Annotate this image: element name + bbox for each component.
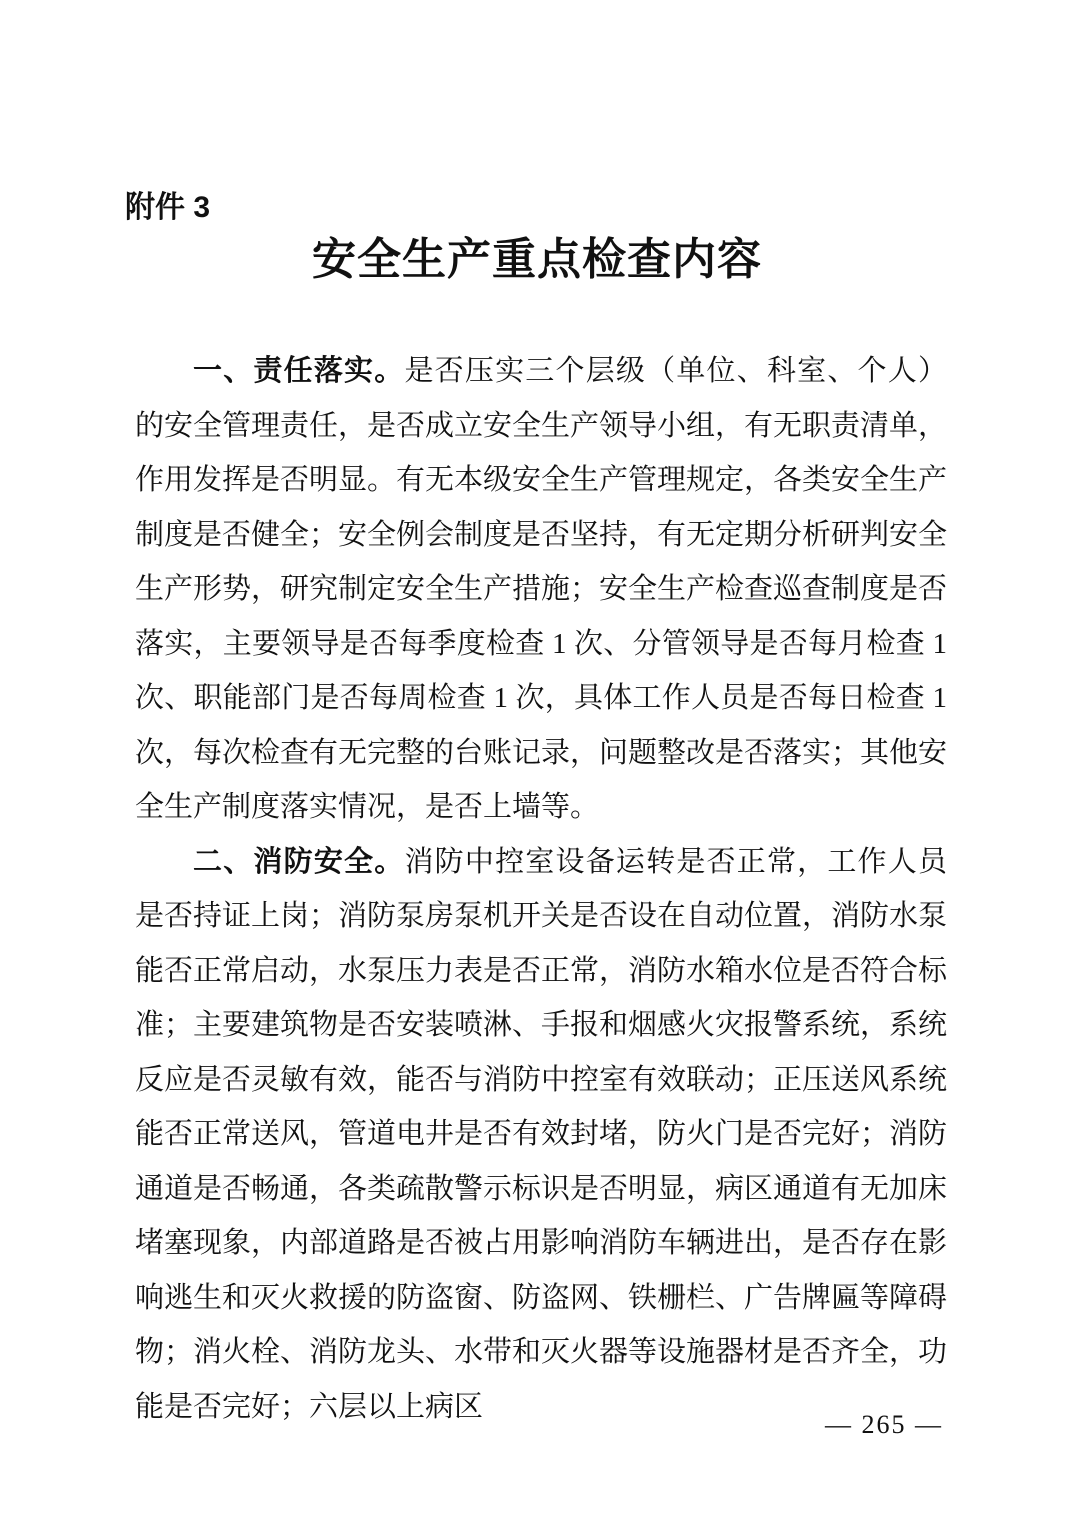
paragraph-responsibility-text: 是否压实三个层级（单位、科室、个人）的安全管理责任，是否成立安全生产领导小组，有… [135, 355, 947, 823]
attachment-label: 附件 3 [125, 190, 210, 226]
paragraph-fire-safety-lead: 二、消防安全。 [193, 846, 404, 878]
paragraph-responsibility: 一、责任落实。是否压实三个层级（单位、科室、个人）的安全管理责任，是否成立安全生… [135, 344, 947, 835]
page-title: 安全生产重点检查内容 [0, 232, 1074, 288]
page-number: — 265 — [825, 1410, 943, 1440]
document-page: 附件 3 安全生产重点检查内容 一、责任落实。是否压实三个层级（单位、科室、个人… [0, 0, 1074, 1520]
paragraph-responsibility-lead: 一、责任落实。 [193, 355, 404, 387]
document-body: 一、责任落实。是否压实三个层级（单位、科室、个人）的安全管理责任，是否成立安全生… [135, 344, 947, 1434]
paragraph-fire-safety-text: 消防中控室设备运转是否正常，工作人员是否持证上岗；消防泵房泵机开关是否设在自动位… [135, 846, 947, 1423]
paragraph-fire-safety: 二、消防安全。消防中控室设备运转是否正常，工作人员是否持证上岗；消防泵房泵机开关… [135, 835, 947, 1435]
